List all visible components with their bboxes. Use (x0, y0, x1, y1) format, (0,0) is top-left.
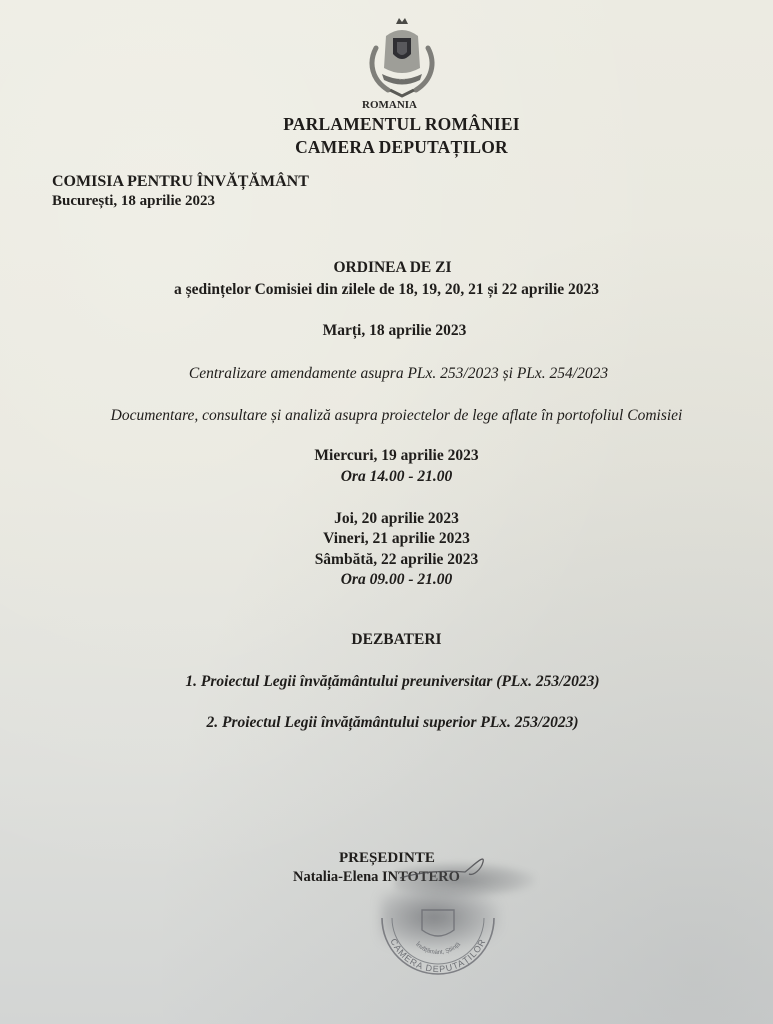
chamber-heading: CAMERA DEPUTAȚILOR (15, 137, 773, 158)
debate-item: 2. Proiectul Legii învățământului superi… (6, 714, 773, 732)
institution-heading: PARLAMENTUL ROMÂNIEI (15, 114, 773, 135)
place-date: București, 18 aprilie 2023 (52, 193, 215, 210)
hours-thursday-saturday: Ora 09.00 - 21.00 (10, 571, 773, 589)
day-heading-wednesday: Miercuri, 19 aprilie 2023 (10, 447, 773, 465)
romania-coat-of-arms-icon: ····· (366, 18, 438, 100)
agenda-item: Documentare, consultare și analiză asupr… (10, 407, 773, 425)
day-heading-friday: Vineri, 21 aprilie 2023 (10, 530, 773, 548)
debate-item: 1. Proiectul Legii învățământului preuni… (6, 673, 773, 691)
day-heading-tuesday: Marți, 18 aprilie 2023 (8, 322, 773, 340)
agenda-title: ORDINEA DE ZI (6, 259, 773, 277)
day-heading-thursday: Joi, 20 aprilie 2023 (10, 510, 773, 528)
country-label: ROMANIA (3, 99, 773, 111)
hours-wednesday: Ora 14.00 - 21.00 (10, 468, 773, 486)
debates-heading: DEZBATERI (10, 631, 773, 649)
svg-text:·····: ····· (399, 77, 406, 82)
official-stamp-icon: CAMERA DEPUTAȚILOR Învățământ, Știință (378, 900, 498, 990)
agenda-item: Centralizare amendamente asupra PLx. 253… (12, 365, 773, 383)
document-page: ····· ROMANIA PARLAMENTUL ROMÂNIEI CAMER… (0, 0, 773, 1024)
day-heading-saturday: Sâmbătă, 22 aprilie 2023 (10, 551, 773, 569)
svg-text:Învățământ, Știință: Învățământ, Știință (413, 940, 462, 956)
agenda-subtitle: a ședințelor Comisiei din zilele de 18, … (0, 281, 773, 299)
commission-name: COMISIA PENTRU ÎNVĂȚĂMÂNT (52, 173, 309, 191)
